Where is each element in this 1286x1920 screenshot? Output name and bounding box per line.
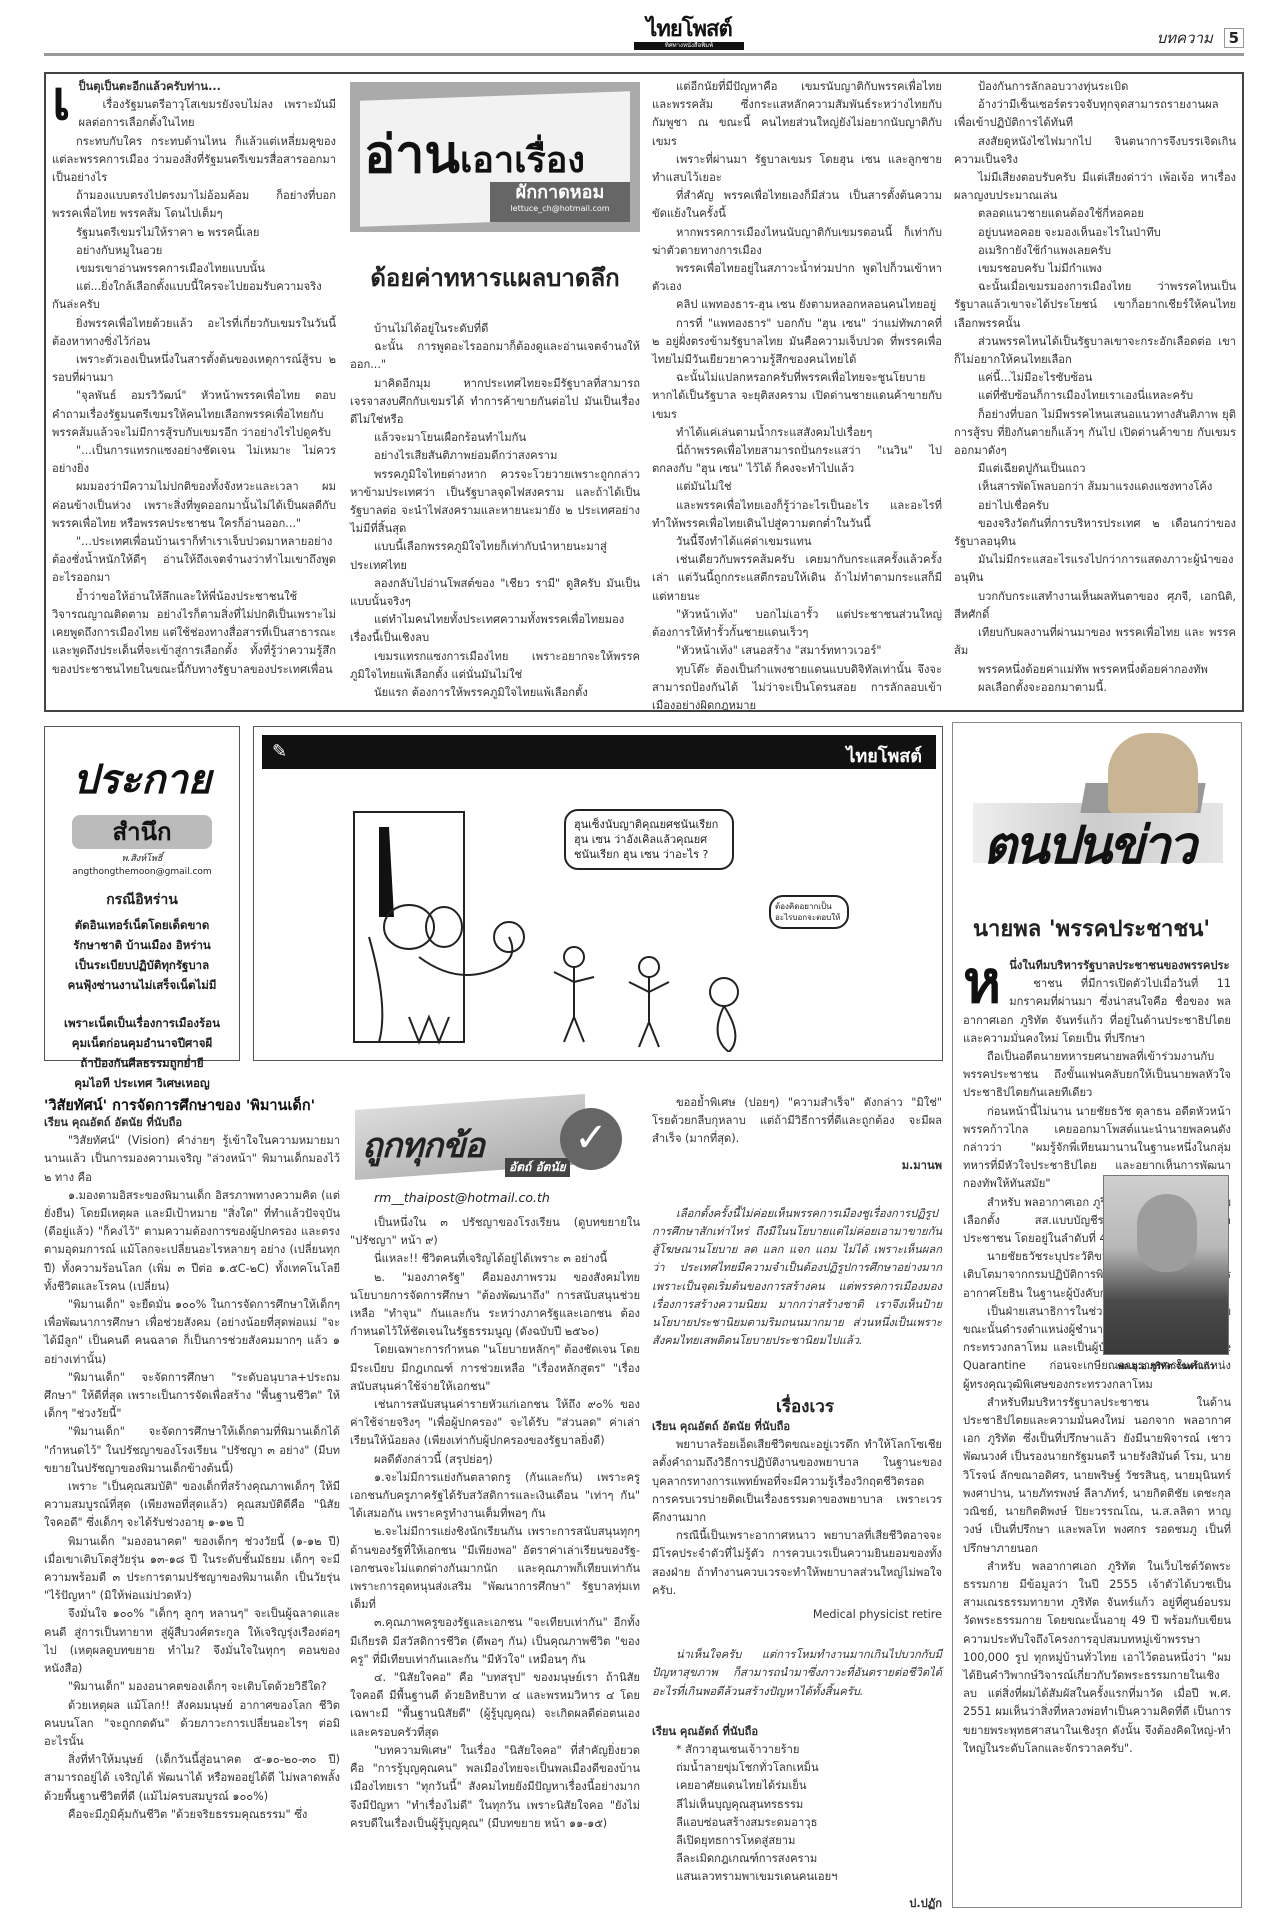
- paragraph: แต่ที่ซับซ้อนก็การเมืองไทยเราเองนี่แหละค…: [954, 387, 1236, 405]
- paragraph: สำหรับ พลอากาศเอก ภูริทัต ในเว็บไซต์วัดพ…: [963, 1558, 1231, 1758]
- paragraph: เพราะที่ผ่านมา รัฐบาลเขมร โดยฮุน เซน และ…: [652, 151, 942, 187]
- letter-paragraph: พิมานเด็ก "มองอนาคต" ของเด็กๆ ช่วงวัยนี้…: [44, 1533, 340, 1606]
- paragraph: เขมรเขาอ่านพรรคการเมืองไทยแบบนั้น: [52, 260, 336, 278]
- column-logo: ตนปนข่าว: [983, 803, 1194, 886]
- paragraph: พรรคภูมิใจไทยต่างหาก ควรจะโวยวายเพราะถูก…: [350, 466, 640, 539]
- paragraph: เรื่องรัฐมนตรีอาวุโสเขมรยังจบไม่ลง เพราะ…: [52, 96, 336, 132]
- paragraph: มีแต่เฉียดปูกันเป็นแถว: [954, 460, 1236, 478]
- paragraph: ตลอดแนวชายแดนต้องใช้กี่หอคอย: [954, 205, 1236, 223]
- paragraph: แต่...ยิ่งใกล้เลือกตั้งแบบนี้ใครจะไปยอมร…: [52, 278, 336, 314]
- letter1-reply: เลือกตั้งครั้งนี้ไม่ค่อยเห็นพรรคการเมือง…: [652, 1205, 942, 1351]
- paragraph: เห็นสารพัดโพลบอกว่า ส้มมาแรงแดงแซงทางโค้…: [954, 478, 1236, 496]
- paragraph: ลองกลับไปอ่านโพสต์ของ "เชียว รามี" ดูสิค…: [350, 575, 640, 611]
- paragraph: อย่างไรเสียสันติภาพย่อมดีกว่าสงคราม: [350, 447, 640, 465]
- lead-text: ป็นตุเป็นตะอีกแล้วครับท่าน...: [52, 78, 336, 96]
- letter1-col1: เรียน คุณอัตถ์ อัตนัย ที่นับถือ "วิสัยทั…: [44, 1114, 340, 1824]
- letter-paragraph: คือจะมีภูมิคุ้มกันชีวิต "ด้วยจริยธรรมคุณ…: [44, 1806, 340, 1824]
- editorial-cartoon: ✎ ไทยโพสต์ ! ฮุนเซ็งนับญาติคุณยศชนันเรีย…: [253, 726, 943, 1061]
- paragraph: เขมรแทรกแซงการเมืองไทย เพราะอยากจะให้พรร…: [350, 648, 640, 684]
- paragraph: "จุลพันธ์ อมรวิวัฒน์" หัวหน้าพรรคเพื่อไท…: [52, 387, 336, 442]
- letter-paragraph: "พิมานเด็ก" จะจัดการศึกษา "ระดับอนุบาล+ป…: [44, 1369, 340, 1424]
- paragraph: ชาชน ที่มีการเปิดตัวไปเมื่อวันที่ 11 มกร…: [963, 975, 1231, 1048]
- author-strip: ผักกาดหอม lettuce_ch@hotmail.com: [490, 182, 630, 222]
- paragraph: อ้างว่ามีเซ็นเซอร์ตรวจจับทุกจุดสามารถราย…: [954, 96, 1236, 132]
- section-name: บทความ: [1157, 29, 1213, 47]
- paragraph: บวกกับกระแสทำงานเห็นผลทันตาของ ศุภจี, เอ…: [954, 588, 1236, 624]
- reader-illustration: [1108, 733, 1198, 813]
- speech-bubble-small: ต้องคิดอยากเป็นอะไรบอกจะตอบให้: [769, 895, 849, 929]
- paragraph: ส่วนพรรคไหนได้เป็นรัฐบาลเขาจะกระอักเลือด…: [954, 333, 1236, 369]
- paragraph: สงสัยดูหนังไซไฟมากไป จินตนาการจึงบรรเจิด…: [954, 133, 1236, 169]
- letter-paragraph: จึงมั่นใจ ๑๐๐% "เด็กๆ ลูกๆ หลานๆ" จะเป็น…: [44, 1605, 340, 1678]
- paragraph: และพรรคเพื่อไทยเองก็รู้ว่าอะไรเป็นอะไร แ…: [652, 497, 942, 533]
- column-logo-scroll: สำนึก: [72, 815, 212, 849]
- letters-email: rm__thaipost@hotmail.co.th: [374, 1190, 550, 1205]
- check-mark-icon: ✓: [560, 1108, 622, 1170]
- letter2-title: เรื่องเวร: [660, 1393, 950, 1420]
- letter1-salutation: เรียน คุณอัตถ์ อัตนัย ที่นับถือ: [44, 1114, 340, 1132]
- letter-paragraph: นี่แหละ!! ชีวิตคนที่เจริญได้อยู่ได้เพราะ…: [350, 1250, 640, 1268]
- cartoon-header-bar: ✎ ไทยโพสต์: [262, 735, 936, 769]
- letter-paragraph: ๒.จะไม่มีการแย่งชิงนักเรียนกัน เพราะการส…: [350, 1523, 640, 1614]
- paragraph: ทำได้แค่เล่นตามน้ำกระแสสังคมไปเรื่อยๆ: [652, 424, 942, 442]
- paragraph: "หัวหน้าเท้ง" บอกไม่เอารั้ว แต่ประชาชนส่…: [652, 606, 942, 642]
- paragraph: เขมรชอบครับ ไม่มีกำแพง: [954, 260, 1236, 278]
- poem-verse-2: เพราะเน็ตเป็นเรื่องการเมืองร้อน คุมเน็ตก…: [45, 1013, 239, 1093]
- paragraph: กระทบกับใคร กระทบด้านไหน ก็แล้วแต่เหลี่ย…: [52, 133, 336, 188]
- letter3-salutation: เรียน คุณอัตถ์ ที่นับถือ: [652, 1723, 942, 1741]
- anaoarueang-col4: ป้องกันการลักลอบวางทุ่นระเบิดอ้างว่ามีเซ…: [954, 78, 1236, 697]
- anaoarueang-col3: แต่อีกนัยที่มีปัญหาคือ เขมรนับญาติกับพรร…: [652, 78, 942, 715]
- letter2-reply: น่าเห็นใจครับ แต่การโหมทำงานมากเกินไปบวก…: [652, 1646, 942, 1701]
- paragraph: แล้วจะมาโยนเผือกร้อนทำไมกัน: [350, 429, 640, 447]
- letter1-continued: ขออย้ำพิเศษ (ปอยๆ) "ความสำเร็จ" ดังกล่าว…: [652, 1094, 942, 1149]
- paragraph: แค่นี้...ไม่มีอะไรซับซ้อน: [954, 369, 1236, 387]
- logo-text: ถูกทุกข้อ: [362, 1118, 484, 1172]
- paragraph: "หัวหน้าเท้ง" เสนอสร้าง "สมาร์ททาวเวอร์": [652, 642, 942, 660]
- paragraph: แต่อีกนัยที่มีปัญหาคือ เขมรนับญาติกับพรร…: [652, 78, 942, 151]
- column-headline: นายพล 'พรรคประชาชน': [973, 911, 1210, 946]
- author-email: lettuce_ch@hotmail.com: [490, 204, 630, 214]
- paragraph: อยู่บนหอคอย จะมองเห็นอะไรในป่าทึบ: [954, 224, 1236, 242]
- paragraph: แต่ทำไมคนไทยทั้งประเทศความทั้งพรรคเพื่อไ…: [350, 611, 640, 647]
- letter-col3: ขออย้ำพิเศษ (ปอยๆ) "ความสำเร็จ" ดังกล่าว…: [652, 1094, 942, 1350]
- poem-line: ลีแอบซ่อนสร้างสมระดมอาวุธ: [652, 1814, 942, 1832]
- letter-paragraph: ผลดีดังกล่าวนี้ (สรุปย่อๆ): [350, 1451, 640, 1469]
- letter-paragraph: "พิมานเด็ก" จะยืดมั่น ๑๐๐% ในการจัดการศึ…: [44, 1296, 340, 1369]
- letter-paragraph: พยาบาลร้อยเอ็ดเสียชีวิตขณะอยู่เวรดึก ทำใ…: [652, 1436, 942, 1527]
- ton-pon-khao-body: ห นึ่งในทีมบริหารรัฐบาลประชาชนของพรรคประ…: [963, 957, 1231, 1758]
- paragraph: พรรคหนึ่งด้อยค่าแม่ทัพ พรรคหนึ่งด้อยค่าก…: [954, 661, 1236, 679]
- letter-paragraph: ๓.คุณภาพครูของรัฐและเอกชน "จะเทียบเท่ากั…: [350, 1614, 640, 1669]
- paragraph: ป้องกันการลักลอบวางทุ่นระเบิด: [954, 78, 1236, 96]
- ton-pon-khao-column: ตนปนข่าว นายพล 'พรรคประชาชน' ห นึ่งในทีม…: [952, 722, 1242, 1908]
- letter-paragraph: สิ่งที่ทำให้มนุษย์ (เด็กวันนี้สู่อนาคต ๕…: [44, 1751, 340, 1806]
- paragraph: อย่าไปเชื่อครับ: [954, 497, 1236, 515]
- paragraph: ย้ำว่าขอให้อ่านให้ลึกและให้พี่น้องประชาช…: [52, 588, 336, 679]
- cartoon-brand: ไทยโพสต์: [846, 741, 922, 770]
- letter-paragraph: ๑.มองตามอิสระของพิมานเด็ก อิสรภาพทางความ…: [44, 1187, 340, 1296]
- letter-paragraph: ๒. "มองภาครัฐ" คือมองภาพรวม ของสังคมไทย …: [350, 1269, 640, 1342]
- poem-line: ถ่มน้ำลายขุ่มโชกทั่วโลกเหม็น: [652, 1759, 942, 1777]
- logo-tagline: ทิศทางหนังสือพิมพ์: [634, 42, 744, 50]
- photo-caption: พล.อ.อ.ภูริทัต จันทร์แก้ว: [1103, 1359, 1229, 1373]
- letter-paragraph: กรณีนี้เป็นเพราะอากาศหนาว พยาบาลที่เสียช…: [652, 1527, 942, 1600]
- letters-column-logo: ถูกทุกข้อ อัตถ์ อัตนัย ✓ rm__thaipost@ho…: [350, 1092, 640, 1186]
- anaoarueang-col1: เ ป็นตุเป็นตะอีกแล้วครับท่าน... เรื่องรั…: [52, 78, 336, 679]
- poem-title: กรณีอิหร่าน: [45, 889, 239, 911]
- paragraph: นัยแรก ต้องการให้พรรคภูมิใจไทยแพ้เลือกตั…: [350, 684, 640, 702]
- logo-name: ไทยโพสต์: [634, 18, 744, 42]
- paragraph: บ้านไม่ได้อยู่ในระดับที่ดี: [350, 320, 640, 338]
- paragraph: ที่สำคัญ พรรคเพื่อไทยเองก็มีส่วน เป็นสาร…: [652, 187, 942, 223]
- paragraph: คลิป แพทองธาร-ฮุน เซน ยังตามหลอกหลอนคนไท…: [652, 296, 942, 314]
- letter3-signature: ป.ปฏัก: [652, 1895, 942, 1913]
- logo-byline: อัตถ์ อัตนัย: [505, 1158, 570, 1177]
- dropcap: เ: [52, 78, 70, 124]
- portrait-photo: [1103, 1175, 1229, 1355]
- article-headline: ด้อยค่าทหารแผลบาดลึก: [350, 258, 640, 297]
- letter-paragraph: ด้วยเหตุผล แม้โลก!! สังคมมนุษย์ อากาศของ…: [44, 1697, 340, 1752]
- poem-line: ลีละเมิดกฎเกณฑ์การสงคราม: [652, 1850, 942, 1868]
- paragraph: "...เป็นการแทรกแซงอย่างชัดเจน ไม่เหมาะ ไ…: [52, 442, 336, 478]
- paragraph: ฉะนั้นไม่แปลกหรอกครับที่พรรคเพื่อไทยจะชู…: [652, 369, 942, 424]
- page-number: 5: [1224, 28, 1244, 48]
- paragraph: การที่ "แพทองธาร" บอกกับ "ฮุน เซน" ว่าแม…: [652, 315, 942, 370]
- paragraph: แต่มันไม่ใช่: [652, 478, 942, 496]
- letter-paragraph: "พิมานเด็ก" มองอนาคตของเด็กๆ จะเติบโตด้ว…: [44, 1678, 340, 1696]
- paragraph: ไม่มีเสียงตอบรับครับ มีแต่เสียงด่าว่า เพ…: [954, 169, 1236, 205]
- letter1-signature: ม.มานพ: [652, 1157, 942, 1175]
- paragraph: เช่นเดียวกับพรรคส้มครับ เคยมากับกระแสครั…: [652, 551, 942, 606]
- letter1-col2: เป็นหนึ่งใน ๓ ปรัชญาของโรงเรียน (ดูบทขยา…: [350, 1214, 640, 1833]
- letter-paragraph: ๑.จะไม่มีการแย่งกันตลาดกรู (กันและกัน) เ…: [350, 1469, 640, 1524]
- masthead: ไทยโพสต์ ทิศทางหนังสือพิมพ์ บทความ 5: [44, 18, 1244, 56]
- poem-column-box: ประกาย สำนึก พ.สิงห์โพธิ์ angthongthemoo…: [44, 726, 240, 1061]
- paragraph: อย่างกับหมูในอวย: [52, 242, 336, 260]
- paragraph: ฉะนั้น การพูดอะไรออกมาก็ต้องดูและอ่านเจต…: [350, 338, 640, 374]
- paragraph: รัฐมนตรีเขมรไม่ให้ราคา ๒ พรรคนี้เลย: [52, 224, 336, 242]
- poem-email: angthongthemoon@gmail.com: [45, 867, 239, 877]
- paragraph: เพราะตัวเองเป็นหนึ่งในสารตั้งต้นของเหตุก…: [52, 351, 336, 387]
- paragraph: หากพรรคการเมืองไหนนับญาติกับเขมรตอนนี้ ก…: [652, 224, 942, 260]
- letter-paragraph: เช่นการสนับสนุนค่ารายหัวแก่เอกชน ให้ถึง …: [350, 1396, 640, 1451]
- letter2-body: เรียน คุณอัตถ์ อัตนัย ที่นับถือ พยาบาลร้…: [652, 1418, 942, 1913]
- poem-line: * สักวาฮุนเซนเจ้าวายร้าย: [652, 1741, 942, 1759]
- paragraph: "...ประเทศเพื่อนบ้านเราก็ทำเราเจ็บปวดมาห…: [52, 533, 336, 588]
- letter-paragraph: เป็นหนึ่งใน ๓ ปรัชญาของโรงเรียน (ดูบทขยา…: [350, 1214, 640, 1250]
- paragraph: สำหรับทีมบริหารรัฐบาลประชาชน ในด้านประชา…: [963, 1394, 1231, 1558]
- paragraph: ของจริงวัดกันที่การบริหารประเทศ ๒ เดือนก…: [954, 515, 1236, 551]
- column-banner: อ่านเอาเรื่อง ผักกาดหอม lettuce_ch@hotma…: [350, 82, 640, 232]
- paragraph: แบบนี้เลือกพรรคภูมิใจไทยก็เท่ากับนำหายนะ…: [350, 538, 640, 574]
- letter-paragraph: เพราะ "เป็นคุณสมบัติ" ของเด็กที่สร้างคุณ…: [44, 1478, 340, 1533]
- paragraph: ยิ่งพรรคเพื่อไทยด้วยแล้ว อะไรที่เกี่ยวกั…: [52, 315, 336, 351]
- poem-line: ลีไม่เห็นบุญคุณสุนทรธรรม: [652, 1796, 942, 1814]
- poem-author: พ.สิงห์โพธิ์: [45, 851, 239, 865]
- letter-paragraph: ๔. "นิสัยใจคอ" คือ "บทสรุป" ของมนุษย์เรา…: [350, 1669, 640, 1742]
- paragraph: อเมริกายังใช้กำแพงเลยครับ: [954, 242, 1236, 260]
- poem-line: ลีเปิดยุทธการโหดสู่สยาม: [652, 1832, 942, 1850]
- letter-paragraph: "บทความพิเศษ" ในเรื่อง "นิสัยใจคอ" ที่สำ…: [350, 1742, 640, 1833]
- paragraph: ผมมองว่ามีความไม่ปกติของทั้งจังหวะและเวล…: [52, 478, 336, 533]
- letter-paragraph: "วิสัยทัศน์" (Vision) คำง่ายๆ รู้เข้าใจใ…: [44, 1132, 340, 1187]
- newspaper-logo: ไทยโพสต์ ทิศทางหนังสือพิมพ์: [634, 18, 744, 54]
- author-name: ผักกาดหอม: [490, 182, 630, 204]
- poem-line: เคยอาศัยแดนไทยได้ร่มเย็น: [652, 1777, 942, 1795]
- section-label: บทความ 5: [1157, 26, 1244, 50]
- letter2-salutation: เรียน คุณอัตถ์ อัตนัย ที่นับถือ: [652, 1418, 942, 1436]
- letter2-signature: Medical physicist retire: [652, 1606, 942, 1624]
- anaoarueang-col2: บ้านไม่ได้อยู่ในระดับที่ดีฉะนั้น การพูดอ…: [350, 320, 640, 702]
- letter-paragraph: "พิมานเด็ก" จะจัดการศึกษาให้เด็กตามที่พิ…: [44, 1423, 340, 1478]
- poem-verse-1: ตัดอินเทอร์เน็ตโดยเด็ดขาด รักษาชาติ บ้าน…: [45, 915, 239, 995]
- portrait-face: [1137, 1194, 1197, 1272]
- paragraph: ก็อย่างที่บอก ไม่มีพรรคไหนเสนอแนวทางสันต…: [954, 406, 1236, 461]
- letter-paragraph: โดยเฉพาะการกำหนด "นโยบายหลักๆ" ต้องชัดเจ…: [350, 1341, 640, 1396]
- paragraph: มาคิดอีกมุม หากประเทศไทยจะมีรัฐบาลที่สาม…: [350, 375, 640, 430]
- paragraph: ฉะนั้นเมื่อเขมรมองการเมืองไทย ว่าพรรคไหน…: [954, 278, 1236, 333]
- column-logo-script: ประกาย: [45, 747, 239, 811]
- mascot-icon: ✎: [272, 741, 287, 762]
- speech-bubble-main: ฮุนเซ็งนับญาติคุณยศชนันเรียก ฮุน เซน ว่า…: [564, 809, 734, 870]
- dropcap: ห: [963, 957, 1001, 1007]
- paragraph: มันไม่มีกระแสอะไรแรงไปกว่าการแสดงภาวะผู้…: [954, 551, 1236, 587]
- poem-line: แสนเลวทรามพาเขมรเดนคนเอยฯ: [652, 1868, 942, 1886]
- paragraph: ถ้ามองแบบตรงไปตรงมาไม่อ้อมค้อม ก็อย่างที…: [52, 187, 336, 223]
- paragraph: วันนี้จึงทำได้แค่ด่าเขมรแทน: [652, 533, 942, 551]
- paragraph: เทียบกับผลงานที่ผ่านมาของ พรรคเพื่อไทย แ…: [954, 624, 1236, 660]
- paragraph: นี่ถ้าพรรคเพื่อไทยสามารถปั่นกระแสว่า "เน…: [652, 442, 942, 478]
- paragraph: ทุบโต๊ะ ต้องเป็นกำแพงชายแดนแบบดิจิทัลเท่…: [652, 661, 942, 716]
- paragraph: พรรคเพื่อไทยอยู่ในสภาวะน้ำท่วมปาก พูดไปก…: [652, 260, 942, 296]
- paragraph: ผลเลือกตั้งจะออกมาตามนี้.: [954, 679, 1236, 697]
- paragraph: ถือเป็นอดีตนายทหารยศนายพลที่เข้าร่วมงานก…: [963, 1048, 1231, 1103]
